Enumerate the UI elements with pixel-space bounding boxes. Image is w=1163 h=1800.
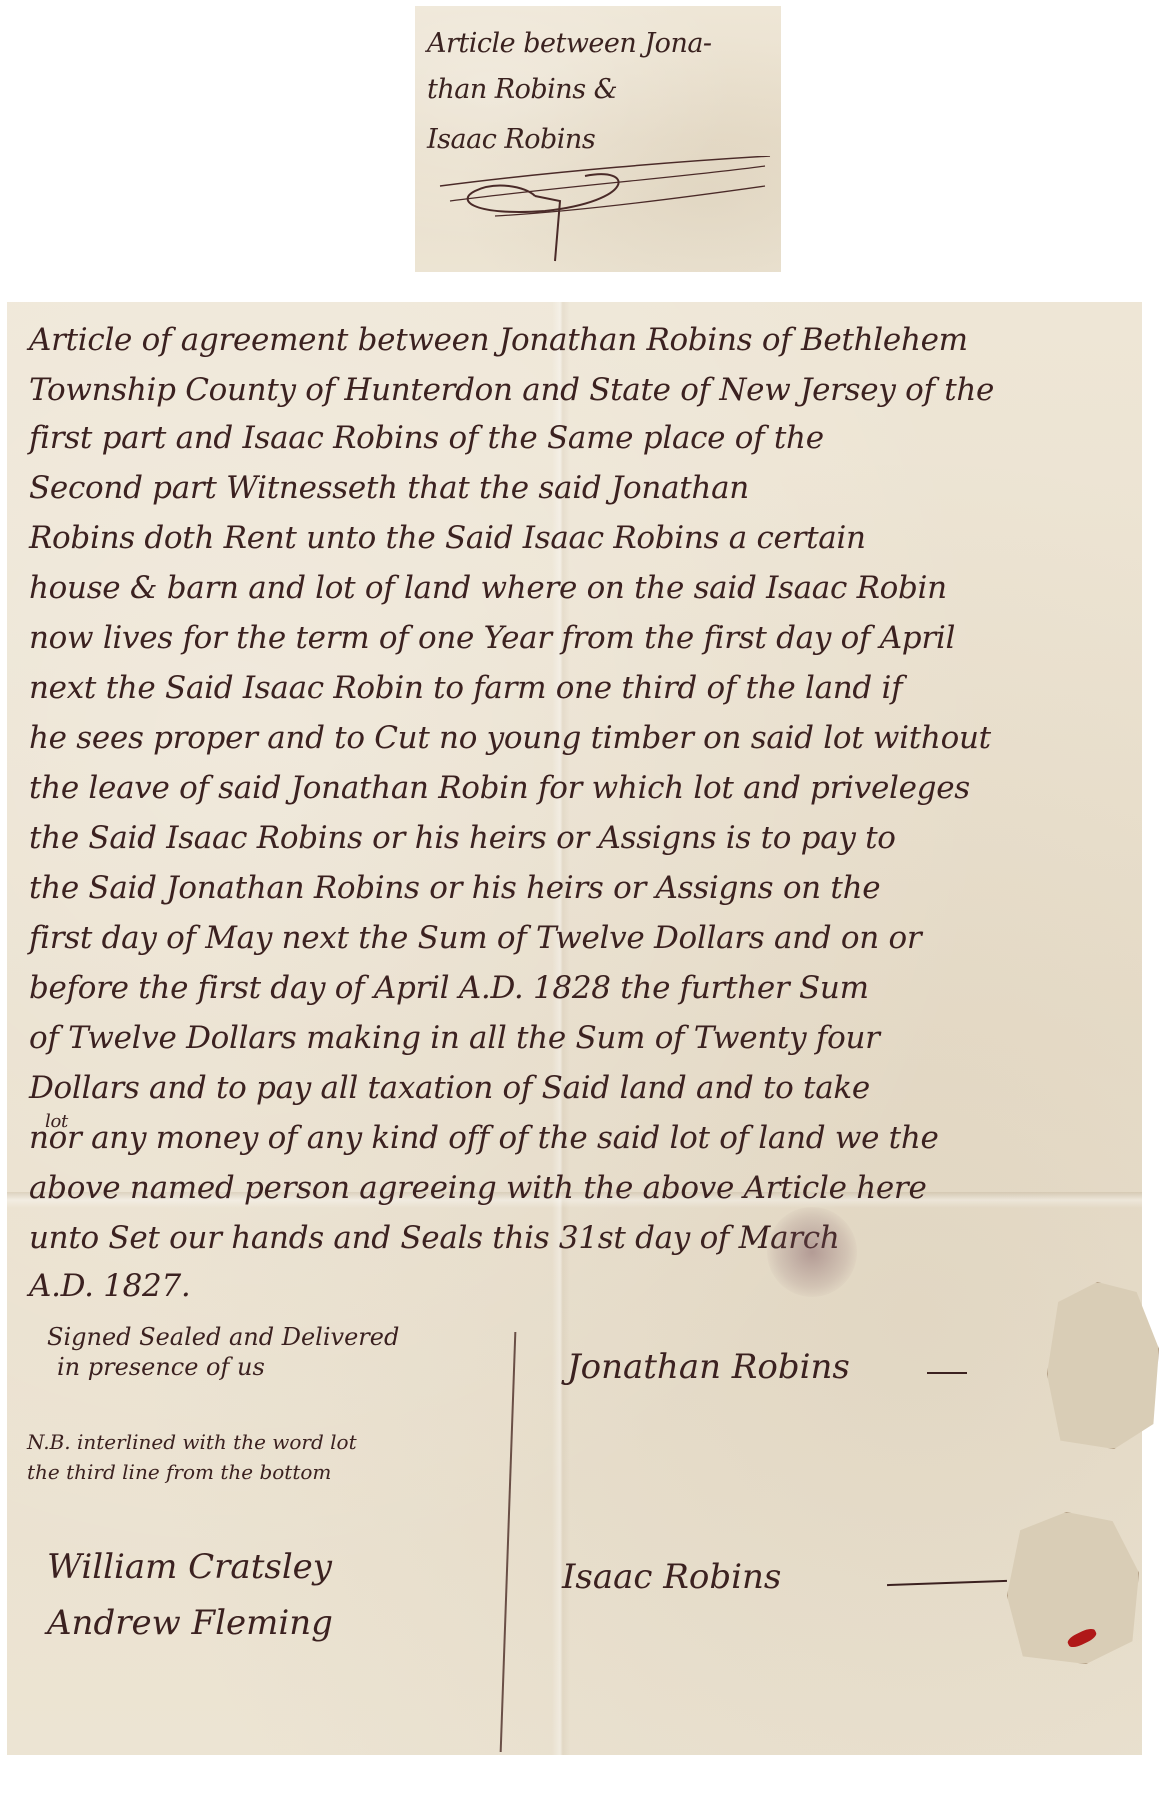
body-line: nor any money of any kind off of the sai… <box>29 1120 1129 1156</box>
witness-signature: William Cratsley <box>47 1547 333 1587</box>
body-line: A.D. 1827. <box>29 1268 1129 1304</box>
signature-flourish-icon <box>435 156 775 266</box>
body-line: the leave of said Jonathan Robin for whi… <box>29 770 1129 806</box>
witness-signatures: William Cratsley Andrew Fleming <box>47 1547 333 1643</box>
body-line: unto Set our hands and Seals this 31st d… <box>29 1220 1129 1256</box>
note-line: the third line from the bottom <box>27 1457 357 1487</box>
agreement-document: Article of agreement between Jonathan Ro… <box>7 302 1142 1755</box>
note-line: N.B. interlined with the word lot <box>27 1427 357 1457</box>
party-signature-2: Isaac Robins <box>562 1557 781 1597</box>
signature-dash <box>887 1580 1007 1586</box>
signature: Isaac Robins <box>562 1557 781 1597</box>
party-signature-1: Jonathan Robins <box>567 1347 850 1387</box>
signature-dash <box>927 1372 967 1374</box>
attestation-line: in presence of us <box>57 1352 399 1382</box>
body-line: before the first day of April A.D. 1828 … <box>29 970 1129 1006</box>
body-line: Article of agreement between Jonathan Ro… <box>29 322 1129 358</box>
body-line: now lives for the term of one Year from … <box>29 620 1129 656</box>
signature: Jonathan Robins <box>567 1347 850 1387</box>
body-line: Dollars and to pay all taxation of Said … <box>29 1070 1129 1106</box>
ink-stain <box>767 1207 857 1297</box>
attestation-line: Signed Sealed and Delivered <box>47 1322 399 1352</box>
body-line: the Said Isaac Robins or his heirs or As… <box>29 820 1129 856</box>
body-line: next the Said Isaac Robin to farm one th… <box>29 670 1129 706</box>
seal-remnant <box>1047 1282 1159 1449</box>
witness-signature: Andrew Fleming <box>47 1603 333 1643</box>
docket-line: Isaac Robins <box>427 124 775 155</box>
body-line: Second part Witnesseth that the said Jon… <box>29 470 1129 506</box>
body-line: house & barn and lot of land where on th… <box>29 570 1129 606</box>
interlineation-note: N.B. interlined with the word lot the th… <box>27 1427 357 1487</box>
body-line: of Twelve Dollars making in all the Sum … <box>29 1020 1129 1056</box>
witness-divider <box>500 1332 517 1752</box>
body-line: Township County of Hunterdon and State o… <box>29 372 1129 408</box>
docket-line: Article between Jona- <box>427 28 775 59</box>
body-line: the Said Jonathan Robins or his heirs or… <box>29 870 1129 906</box>
body-line: above named person agreeing with the abo… <box>29 1170 1129 1206</box>
body-line: first part and Isaac Robins of the Same … <box>29 420 1129 456</box>
docket-label: Article between Jona- than Robins & Isaa… <box>415 6 781 272</box>
body-line: he sees proper and to Cut no young timbe… <box>29 720 1129 756</box>
body-line: first day of May next the Sum of Twelve … <box>29 920 1129 956</box>
attestation-block: Signed Sealed and Delivered in presence … <box>47 1322 399 1382</box>
docket-line: than Robins & <box>427 74 775 105</box>
body-line: Robins doth Rent unto the Said Isaac Rob… <box>29 520 1129 556</box>
